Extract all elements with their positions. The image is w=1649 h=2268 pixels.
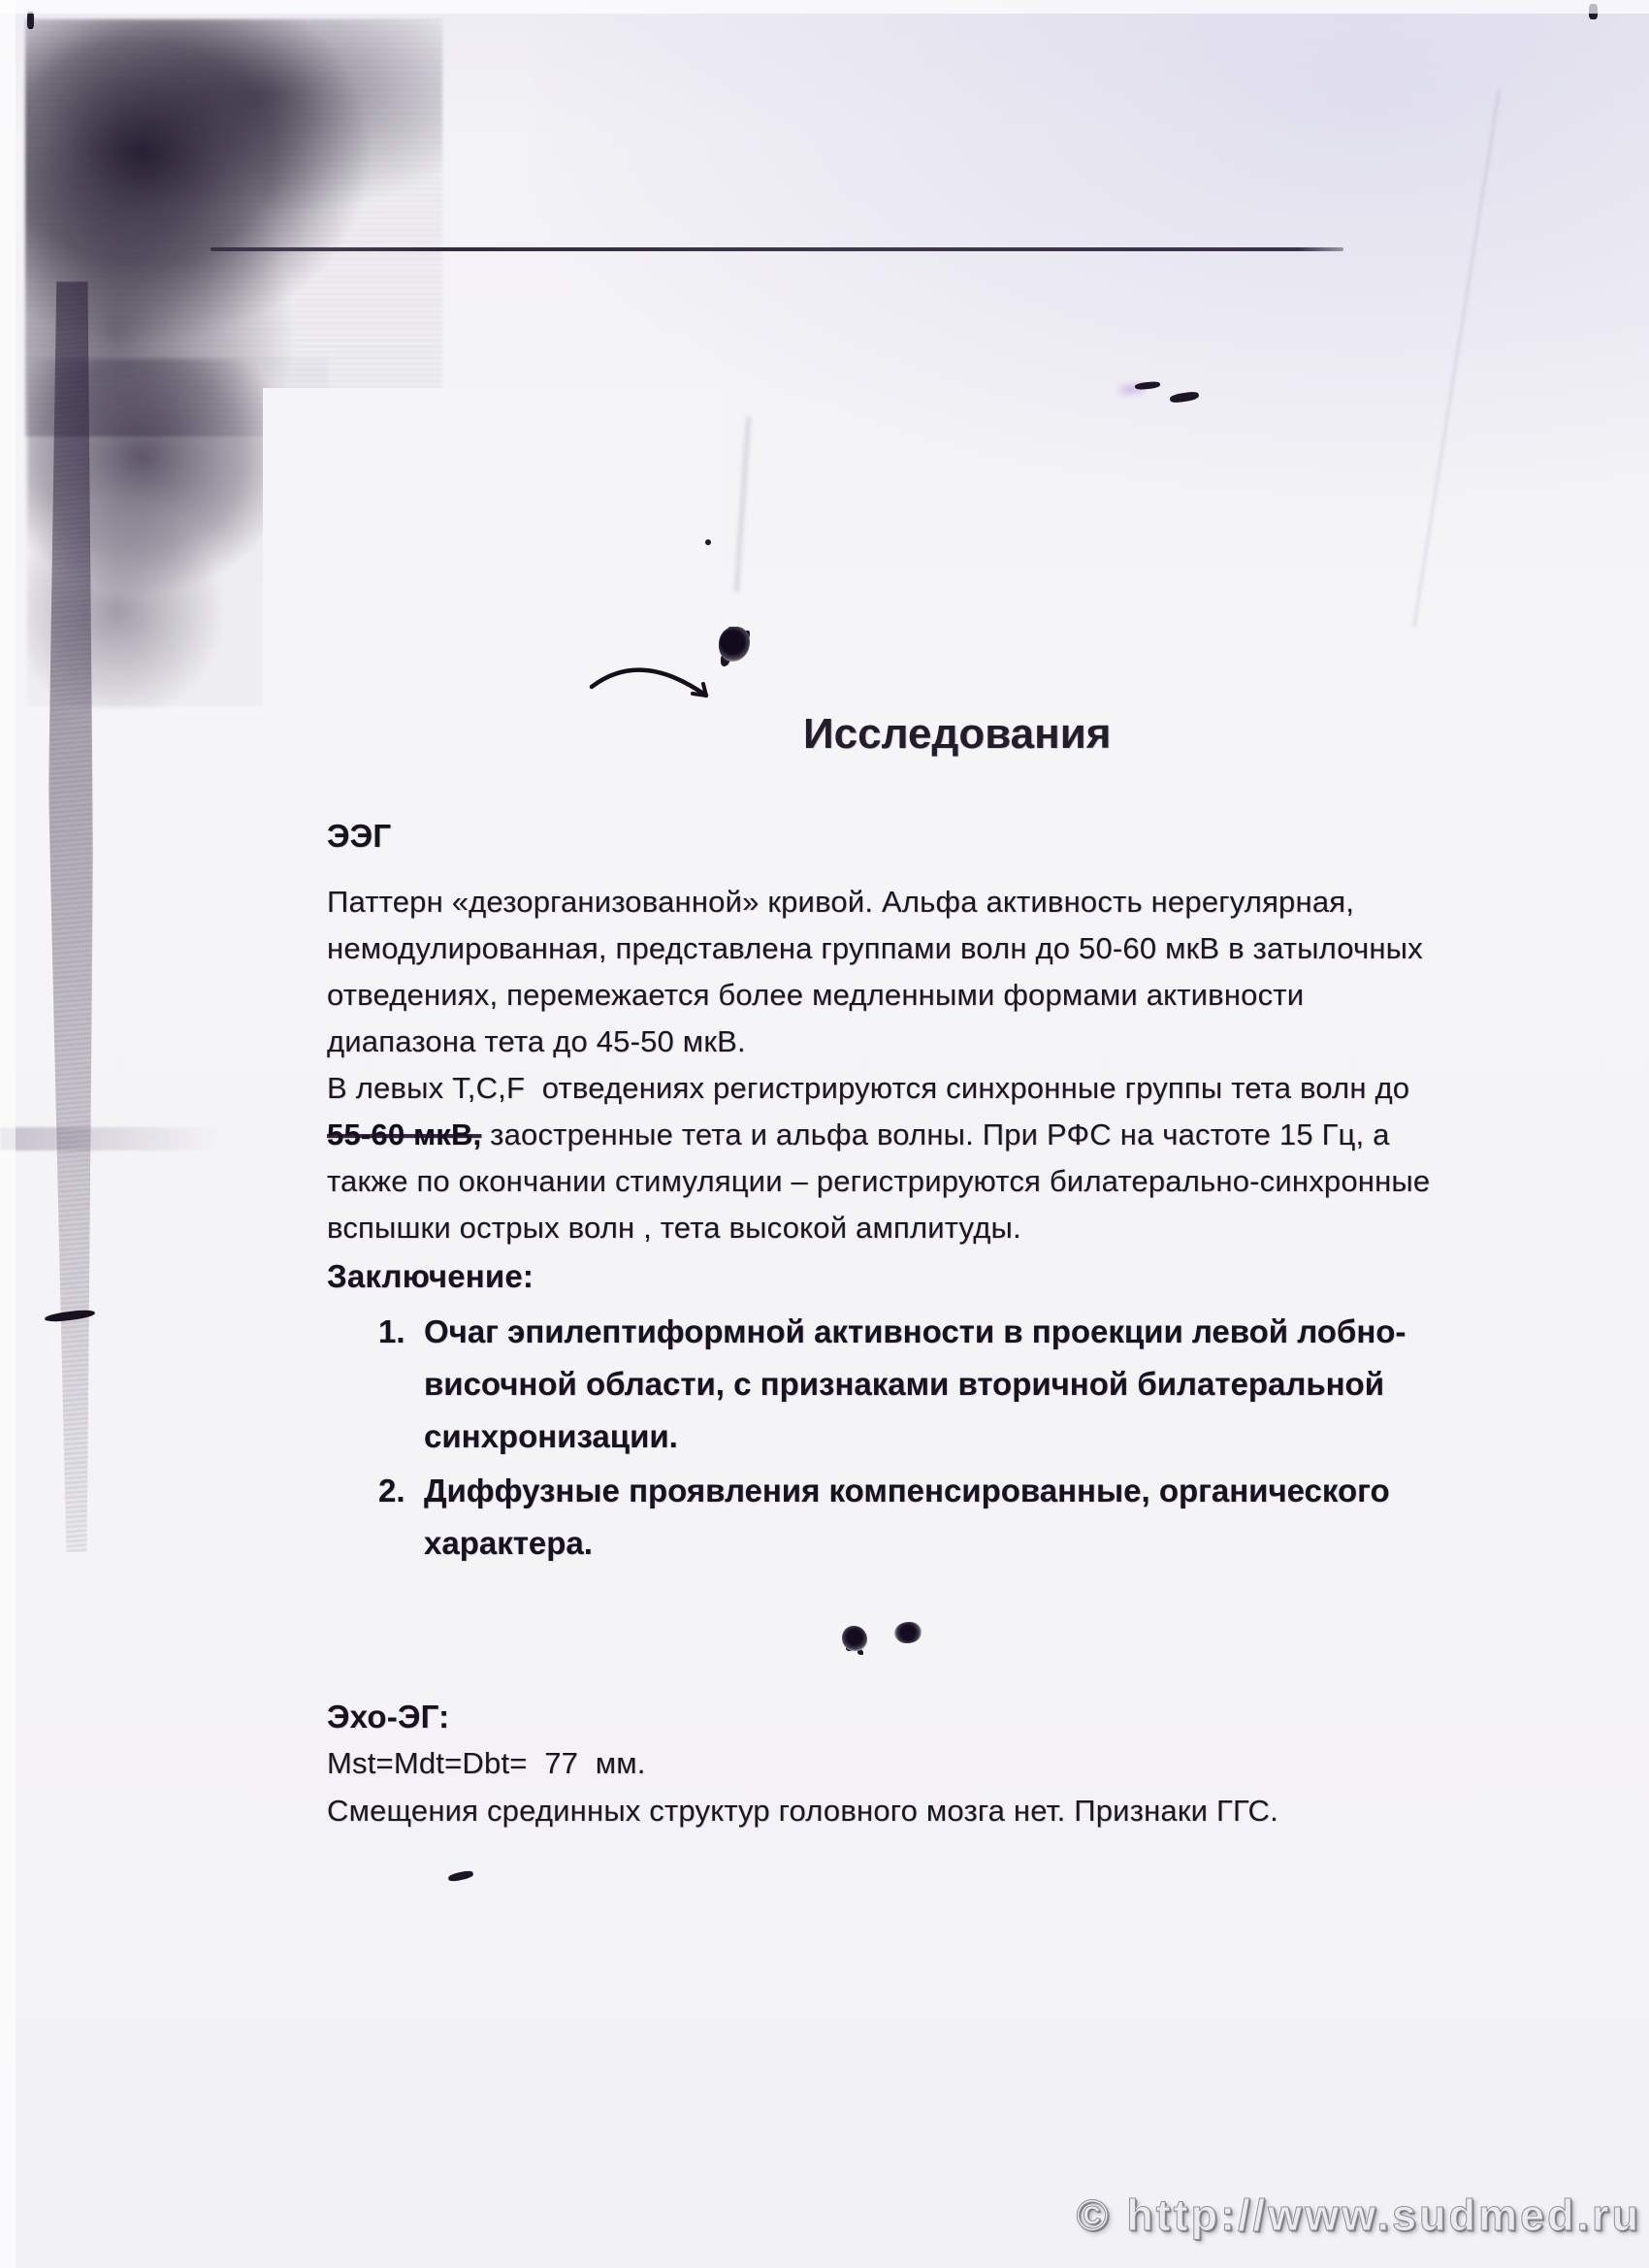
struck-through-value: 55-60 мкВ, (327, 1118, 481, 1151)
ink-speck-small (705, 539, 711, 545)
eeg-paragraph-1: Паттерн «дезорганизованной» кривой. Альф… (327, 879, 1423, 1065)
pen-arrow-mark (584, 652, 729, 712)
section-heading-eeg: ЭЭГ (327, 813, 391, 859)
document-title: Исследования (803, 709, 1111, 760)
scan-edge-top (0, 0, 1649, 14)
ink-spot-mid-page-1 (842, 1626, 867, 1651)
list-item-number: 1. (378, 1306, 424, 1463)
ink-speck-top-left-corner (27, 12, 34, 29)
section-heading-echo-eg: Эхо-ЭГ: (327, 1694, 449, 1740)
echo-measurement-line: Mst=Mdt=Dbt= 77 мм. (327, 1740, 646, 1787)
list-item-number: 2. (378, 1465, 424, 1570)
conclusion-heading: Заключение: (327, 1253, 533, 1300)
eeg-paragraph-2-part2: заостренные тета и альфа волны. При РФС … (327, 1118, 1430, 1245)
conclusion-item-1: 1. Очаг эпилептиформной активности в про… (378, 1306, 1406, 1463)
ink-spot-mid-page-2 (894, 1622, 921, 1643)
horizontal-rule (210, 247, 1343, 251)
conclusion-item-2: 2. Диффузные проявления компенсированные… (378, 1465, 1390, 1570)
site-watermark: © http://www.sudmed.ru (1077, 2190, 1641, 2241)
echo-finding-line: Смещения срединных структур головного мо… (327, 1788, 1278, 1834)
eeg-paragraph-2-part1: В левых Т,C,F отведениях регистрируются … (327, 1071, 1409, 1105)
list-item-text: Очаг эпилептиформной активности в проекц… (424, 1306, 1406, 1463)
scanned-document-page: Исследования ЭЭГ Паттерн «дезорганизован… (0, 0, 1649, 2268)
ink-dash-bottom-left (447, 1869, 473, 1882)
scan-edge-left (0, 0, 16, 2268)
list-item-text: Диффузные проявления компенсированные, о… (424, 1465, 1390, 1570)
eeg-paragraph-2: В левых Т,C,F отведениях регистрируются … (327, 1065, 1430, 1251)
scanner-streak-left-edge (48, 281, 93, 1552)
gray-smear-left-margin (0, 1127, 233, 1150)
